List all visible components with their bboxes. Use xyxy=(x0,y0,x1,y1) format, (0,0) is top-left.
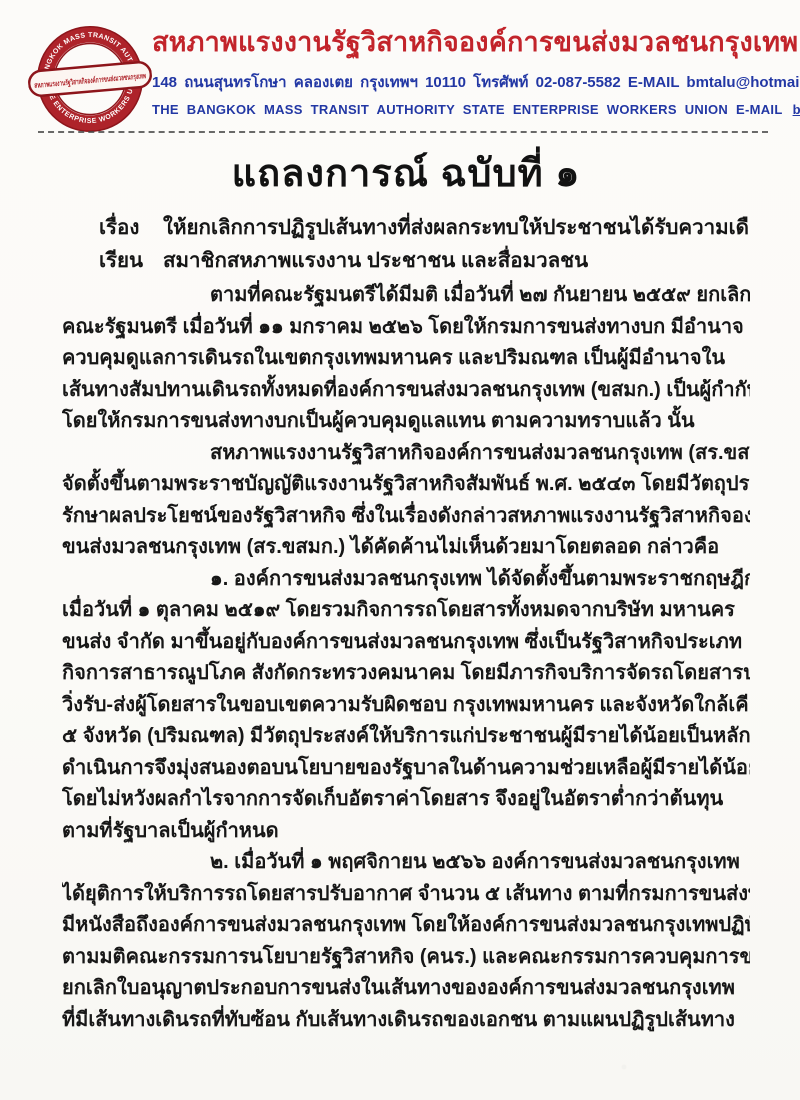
addressee-line: เรียนสมาชิกสหภาพแรงงาน ประชาชน และสื่อมว… xyxy=(62,244,750,277)
text-line: ขนส่งมวลชนกรุงเทพ (สร.ขสมก.) ได้คัดค้านไ… xyxy=(62,532,750,564)
text-line: สหภาพแรงงานรัฐวิสาหกิจองค์การขนส่งมวลชนก… xyxy=(62,438,750,470)
org-name-english: THE BANGKOK MASS TRANSIT AUTHORITY STATE… xyxy=(152,102,770,117)
document-page: THE BANGKOK MASS TRANSIT AUTHORITY STATE… xyxy=(0,0,800,1100)
org-address-line: 148 ถนนสุนทรโกษา คลองเตย กรุงเทพฯ 10110 … xyxy=(152,70,770,94)
text-line: ตามมติคณะกรรมการนโยบายรัฐวิสาหกิจ (คนร.)… xyxy=(62,942,750,974)
subject-label: เรื่อง xyxy=(99,211,151,244)
text-line: วิ่งรับ-ส่งผู้โดยสารในขอบเขตความรับผิดชอ… xyxy=(62,690,750,722)
text-line: ๕ จังหวัด (ปริมณฑล) มีวัตถุประสงค์ให้บริ… xyxy=(62,721,750,753)
subject-text: ให้ยกเลิกการปฏิรูปเส้นทางที่ส่งผลกระทบให… xyxy=(163,216,750,239)
org-name-thai: สหภาพแรงงานรัฐวิสาหกิจองค์การขนส่งมวลชนก… xyxy=(152,26,770,58)
text-line: ยกเลิกใบอนุญาตประกอบการขนส่งในเส้นทางของ… xyxy=(62,973,750,1005)
text-line: รักษาผลประโยชน์ของรัฐวิสาหกิจ ซึ่งในเรื่… xyxy=(62,501,750,533)
union-logo: THE BANGKOK MASS TRANSIT AUTHORITY STATE… xyxy=(23,17,156,141)
union-roundel-icon: THE BANGKOK MASS TRANSIT AUTHORITY STATE… xyxy=(23,17,156,141)
org-email-link[interactable]: bmtalu@hotmail.co.th xyxy=(793,102,800,117)
text-line: ที่มีเส้นทางเดินรถที่ทับซ้อน กับเส้นทางเ… xyxy=(62,1005,750,1037)
text-line: จัดตั้งขึ้นตามพระราชบัญญัติแรงงานรัฐวิสา… xyxy=(62,469,750,501)
paragraph-item-1: ๑. องค์การขนส่งมวลชนกรุงเทพ ได้จัดตั้งขึ… xyxy=(62,564,750,848)
text-line: โดยไม่หวังผลกำไรจากการจัดเก็บอัตราค่าโดย… xyxy=(62,784,750,816)
addressee-text: สมาชิกสหภาพแรงงาน ประชาชน และสื่อมวลชน xyxy=(163,249,588,272)
text-line: เมื่อวันที่ ๑ ตุลาคม ๒๕๑๙ โดยรวมกิจการรถ… xyxy=(62,595,750,627)
announcement-title: แถลงการณ์ ฉบับที่ ๑ xyxy=(62,142,750,203)
header-divider xyxy=(38,131,768,133)
text-line: ตามที่รัฐบาลเป็นผู้กำหนด xyxy=(62,816,750,848)
text-line: คณะรัฐมนตรี เมื่อวันที่ ๑๑ มกราคม ๒๕๒๖ โ… xyxy=(62,312,750,344)
letter-text: ตามที่คณะรัฐมนตรีได้มีมติ เมื่อวันที่ ๒๗… xyxy=(62,280,750,1036)
text-line: มีหนังสือถึงองค์การขนส่งมวลชนกรุงเทพ โดย… xyxy=(62,910,750,942)
org-name-english-text: THE BANGKOK MASS TRANSIT AUTHORITY STATE… xyxy=(152,102,783,117)
letterhead-text: สหภาพแรงงานรัฐวิสาหกิจองค์การขนส่งมวลชนก… xyxy=(152,22,770,117)
letterhead: THE BANGKOK MASS TRANSIT AUTHORITY STATE… xyxy=(28,22,770,136)
text-line: ดำเนินการจึงมุ่งสนองตอบนโยบายของรัฐบาลใน… xyxy=(62,753,750,785)
text-line: โดยให้กรมการขนส่งทางบกเป็นผู้ควบคุมดูแลแ… xyxy=(62,406,750,438)
paragraph-union-statement: สหภาพแรงงานรัฐวิสาหกิจองค์การขนส่งมวลชนก… xyxy=(62,438,750,564)
text-line: กิจการสาธารณูปโภค สังกัดกระทรวงคมนาคม โด… xyxy=(62,658,750,690)
text-line: ๑. องค์การขนส่งมวลชนกรุงเทพ ได้จัดตั้งขึ… xyxy=(62,564,750,596)
subject-line: เรื่องให้ยกเลิกการปฏิรูปเส้นทางที่ส่งผลก… xyxy=(62,211,750,244)
text-line: ขนส่ง จำกัด มาขึ้นอยู่กับองค์การขนส่งมวล… xyxy=(62,627,750,659)
text-line: ได้ยุติการให้บริการรถโดยสารปรับอากาศ จำน… xyxy=(62,879,750,911)
text-line: ๒. เมื่อวันที่ ๑ พฤศจิกายน ๒๕๖๖ องค์การข… xyxy=(62,847,750,879)
text-line: ตามที่คณะรัฐมนตรีได้มีมติ เมื่อวันที่ ๒๗… xyxy=(62,280,750,312)
addressee-label: เรียน xyxy=(99,244,151,277)
paragraph-item-2: ๒. เมื่อวันที่ ๑ พฤศจิกายน ๒๕๖๖ องค์การข… xyxy=(62,847,750,1036)
announcement-body: แถลงการณ์ ฉบับที่ ๑ เรื่องให้ยกเลิกการปฏ… xyxy=(62,136,750,1100)
text-line: เส้นทางสัมปทานเดินรถทั้งหมดที่องค์การขนส… xyxy=(62,375,750,407)
text-line: ควบคุมดูแลการเดินรถในเขตกรุงเทพมหานคร แล… xyxy=(62,343,750,375)
paragraph-preamble: ตามที่คณะรัฐมนตรีได้มีมติ เมื่อวันที่ ๒๗… xyxy=(62,280,750,438)
